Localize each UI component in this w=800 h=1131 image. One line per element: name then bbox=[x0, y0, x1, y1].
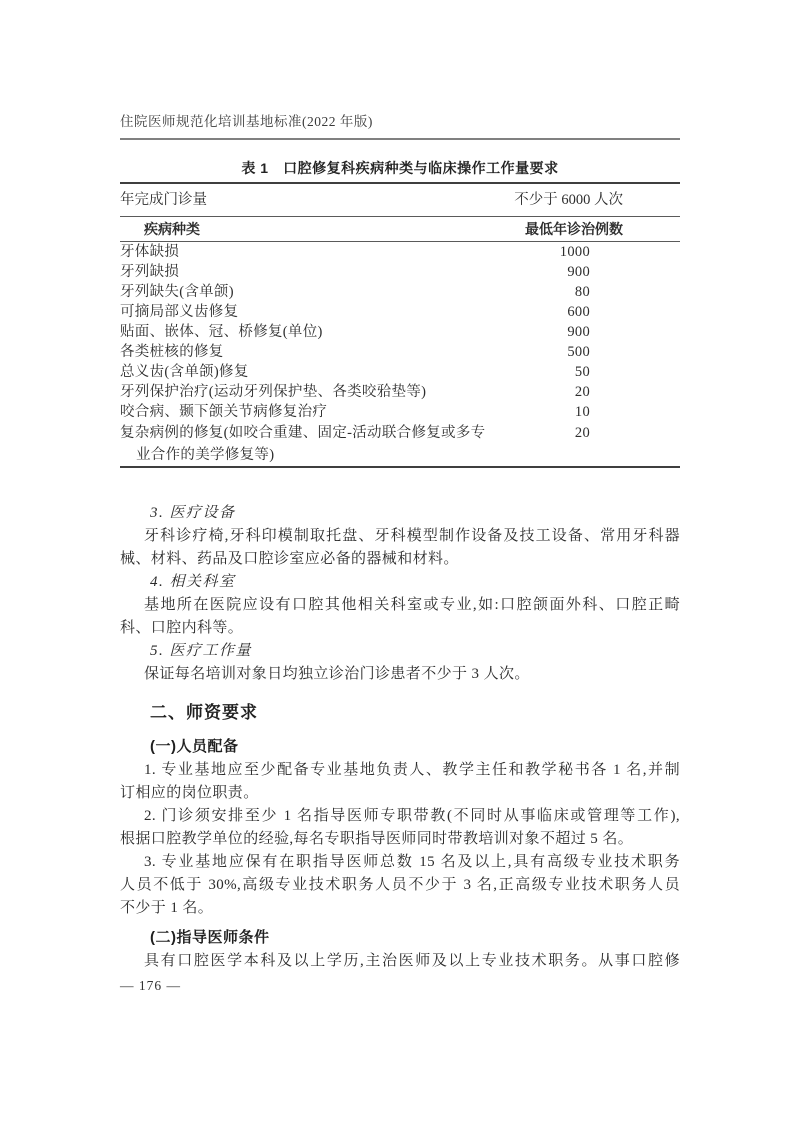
row-value: 不少于 6000 人次 bbox=[514, 184, 623, 216]
table-row: 复杂病例的修复(如咬合重建、固定-活动联合修复或多专 业合作的美学修复等) 20 bbox=[120, 422, 680, 466]
section-heading-level2: (二)指导医师条件 bbox=[120, 926, 680, 950]
row-value: 900 bbox=[567, 322, 590, 342]
row-label: 咬合病、颞下颌关节病修复治疗 bbox=[120, 402, 327, 422]
row-label: 牙列缺损 bbox=[120, 262, 179, 282]
table-row: 牙列缺失(含单颌) 80 bbox=[120, 282, 680, 302]
item-heading: 5. 医疗工作量 bbox=[120, 640, 680, 663]
paragraph-line: 不少于 1 名。 bbox=[120, 897, 680, 920]
row-value: 900 bbox=[567, 262, 590, 282]
table-caption: 表 1 口腔修复科疾病种类与临床操作工作量要求 bbox=[120, 158, 680, 178]
table-row-annual-volume: 年完成门诊量 不少于 6000 人次 bbox=[120, 184, 680, 216]
row-label: 牙列缺失(含单颌) bbox=[120, 282, 234, 302]
row-value: 20 bbox=[575, 422, 590, 444]
table-row: 牙列保护治疗(运动牙列保护垫、各类咬𬌗垫等) 20 bbox=[120, 382, 680, 402]
paragraph-line: 3. 专业基地应保有在职指导医师总数 15 名及以上,具有高级专业技术职务 bbox=[120, 851, 680, 874]
row-label: 总义齿(含单颌)修复 bbox=[120, 362, 249, 382]
table-row: 可摘局部义齿修复 600 bbox=[120, 302, 680, 322]
item-heading: 4. 相关科室 bbox=[120, 571, 680, 594]
paragraph-line: 科、口腔内科等。 bbox=[120, 617, 680, 640]
table-row: 各类桩核的修复 500 bbox=[120, 342, 680, 362]
document-page: 住院医师规范化培训基地标准(2022 年版) 表 1 口腔修复科疾病种类与临床操… bbox=[0, 0, 800, 1131]
body-text: 3. 医疗设备 牙科诊疗椅,牙科印模制取托盘、牙科模型制作设备及技工设备、常用牙… bbox=[120, 502, 680, 973]
requirements-table: 年完成门诊量 不少于 6000 人次 疾病种类 最低年诊治例数 牙体缺损 100… bbox=[120, 182, 680, 468]
row-value: 80 bbox=[575, 282, 590, 302]
page-number: — 176 — bbox=[120, 978, 181, 994]
paragraph-line: 具有口腔医学本科及以上学历,主治医师及以上专业技术职务。从事口腔修 bbox=[120, 950, 680, 973]
row-value: 500 bbox=[567, 342, 590, 362]
row-label: 贴面、嵌体、冠、桥修复(单位) bbox=[120, 322, 323, 342]
paragraph-line: 订相应的岗位职责。 bbox=[120, 782, 680, 805]
row-label: 各类桩核的修复 bbox=[120, 342, 224, 362]
row-value: 600 bbox=[567, 302, 590, 322]
item-heading: 3. 医疗设备 bbox=[120, 502, 680, 525]
paragraph-line: 械、材料、药品及口腔诊室应必备的器械和材料。 bbox=[120, 548, 680, 571]
cases-column-header: 最低年诊治例数 bbox=[525, 217, 623, 241]
row-value: 1000 bbox=[560, 242, 590, 262]
table-row: 咬合病、颞下颌关节病修复治疗 10 bbox=[120, 402, 680, 422]
row-label-continuation: 业合作的美学修复等) bbox=[120, 444, 680, 466]
paragraph-line: 保证每名培训对象日均独立诊治门诊患者不少于 3 人次。 bbox=[120, 663, 680, 686]
section-heading-level2: (一)人员配备 bbox=[120, 735, 680, 759]
paragraph-line: 2. 门诊须安排至少 1 名指导医师专职带教(不同时从事临床或管理等工作), bbox=[120, 805, 680, 828]
header-rule bbox=[120, 138, 680, 140]
table-bottom-rule bbox=[120, 466, 680, 468]
section-heading-level1: 二、师资要求 bbox=[120, 699, 680, 727]
table-row: 总义齿(含单颌)修复 50 bbox=[120, 362, 680, 382]
disease-column-header: 疾病种类 bbox=[120, 217, 200, 241]
row-label: 复杂病例的修复(如咬合重建、固定-活动联合修复或多专 bbox=[120, 422, 680, 444]
row-label: 年完成门诊量 bbox=[120, 184, 207, 216]
row-label: 牙列保护治疗(运动牙列保护垫、各类咬𬌗垫等) bbox=[120, 382, 426, 402]
paragraph-line: 根据口腔教学单位的经验,每名专职指导医师同时带教培训对象不超过 5 名。 bbox=[120, 828, 680, 851]
paragraph-line: 基地所在医院应设有口腔其他相关科室或专业,如:口腔颌面外科、口腔正畸 bbox=[120, 594, 680, 617]
paragraph-line: 牙科诊疗椅,牙科印模制取托盘、牙科模型制作设备及技工设备、常用牙科器 bbox=[120, 525, 680, 548]
row-value: 20 bbox=[575, 382, 590, 402]
table-row: 贴面、嵌体、冠、桥修复(单位) 900 bbox=[120, 322, 680, 342]
paragraph-line: 人员不低于 30%,高级专业技术职务人员不少于 3 名,正高级专业技术职务人员 bbox=[120, 874, 680, 897]
row-value: 10 bbox=[575, 402, 590, 422]
table-row: 牙列缺损 900 bbox=[120, 262, 680, 282]
row-value: 50 bbox=[575, 362, 590, 382]
row-label: 牙体缺损 bbox=[120, 242, 179, 262]
table-row: 牙体缺损 1000 bbox=[120, 242, 680, 262]
row-label: 可摘局部义齿修复 bbox=[120, 302, 238, 322]
running-header: 住院医师规范化培训基地标准(2022 年版) bbox=[120, 112, 680, 132]
table-header-row: 疾病种类 最低年诊治例数 bbox=[120, 217, 680, 241]
paragraph-line: 1. 专业基地应至少配备专业基地负责人、教学主任和教学秘书各 1 名,并制 bbox=[120, 759, 680, 782]
